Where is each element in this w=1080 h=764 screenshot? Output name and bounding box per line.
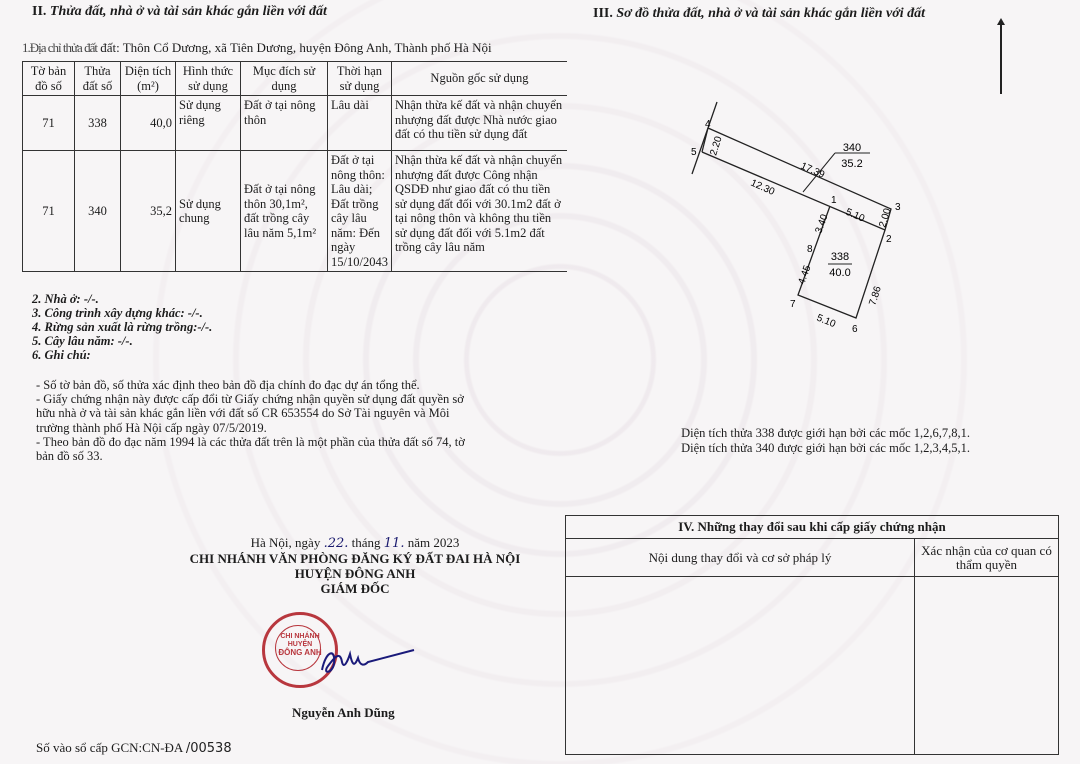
date-month-label: tháng [352,535,381,550]
issuing-org: CHI NHÁNH VĂN PHÒNG ĐĂNG KÝ ĐẤT ĐAI HÀ N… [170,551,540,566]
cell-parcel: 338 [75,96,121,151]
edge-length: 7.86 [867,285,884,307]
header-origin: Nguồn gốc sử dụng [391,62,567,96]
issuing-district: HUYỆN ĐÔNG ANH [170,566,540,581]
section-2-title: II. Thửa đất, nhà ở và tài sản khác gắn … [32,4,327,20]
point-label: 4 [705,119,711,130]
section-3-title-text: Sơ đồ thửa đất, nhà ở và tài sản khác gắ… [616,6,925,21]
point-label: 5 [691,147,697,158]
section-3-title: III. Sơ đồ thửa đất, nhà ở và tài sản kh… [593,6,925,22]
diagram-area-notes: Diện tích thửa 338 được giới hạn bởi các… [680,426,970,455]
address-label: 1.Địa chỉ thửa đất [22,40,97,55]
notes-list: - Số tờ bản đồ, số thửa xác định theo bả… [36,378,476,463]
cell-term: Lâu dài [328,96,392,151]
cell-purpose: Đất ở tại nông thôn 30,1m², đất trồng câ… [241,151,328,272]
item-perennial-trees: 5. Cây lâu năm: -/-. [32,334,212,348]
point-label: 6 [852,324,858,335]
point-label: 1 [831,195,837,206]
address-line: 1.Địa chỉ thửa đất đất: Thôn Cổ Dương, x… [22,40,492,56]
change-content-cell [566,577,915,755]
item-notes-label: 6. Ghi chú: [32,348,212,362]
item-forest: 4. Rừng sản xuất là rừng trồng:-/-. [32,320,212,334]
edge-length: 5.10 [815,313,838,331]
date-prefix: Hà Nội, ngày [251,535,321,550]
authority-confirmation-cell [915,577,1059,755]
registry-label: Số vào sổ cấp GCN:CN-ĐA [36,740,183,755]
header-purpose: Mục đích sử dụng [241,62,328,96]
item-other-construction: 3. Công trình xây dựng khác: -/-. [32,306,212,320]
cell-use-form: Sử dụng chung [176,151,241,272]
cell-area: 40,0 [121,96,176,151]
point-label: 8 [807,244,813,255]
cell-map-sheet: 71 [23,96,75,151]
parcel-338-area: 40.0 [829,267,850,279]
note-item: - Theo bản đồ đo đạc năm 1994 là các thử… [36,435,476,463]
edge-length: 5.10 [844,207,867,225]
cell-parcel: 340 [75,151,121,272]
edge-length: 2.20 [708,135,724,157]
cell-term: Đất ở tại nông thôn: Lâu dài; Đất trồng … [328,151,392,272]
cell-origin: Nhận thừa kế đất và nhận chuyển nhượng đ… [391,151,567,272]
signer-position: GIÁM ĐỐC [170,581,540,596]
cell-origin: Nhận thừa kế đất và nhận chuyển nhượng đ… [391,96,567,151]
parcel-diagram: 340 35.2 338 40.0 1 2 3 4 5 6 7 8 17.39 … [680,100,930,350]
cell-area: 35,2 [121,151,176,272]
note-item: - Giấy chứng nhận này được cấp đổi từ Gi… [36,392,476,435]
cell-map-sheet: 71 [23,151,75,272]
edge-length: 4.45 [796,264,813,286]
registry-value: /00538 [186,741,232,756]
point-label: 7 [790,299,796,310]
area-note: Diện tích thửa 340 được giới hạn bởi các… [680,441,970,456]
land-parcel-table: Tờ bản đồ số Thửa đất số Diện tích (m²) … [22,61,567,272]
registry-number: Số vào sổ cấp GCN:CN-ĐA /00538 [36,740,232,756]
changes-header-row: Nội dung thay đổi và cơ sở pháp lý Xác n… [566,539,1059,577]
asset-items: 2. Nhà ở: -/-. 3. Công trình xây dựng kh… [32,292,212,362]
section-2-roman: II. [32,4,46,19]
parcel-340-area: 35.2 [841,158,862,170]
edge-length: 2.00 [877,207,893,229]
section-4-title: IV. Những thay đổi sau khi cấp giấy chứn… [566,516,1059,539]
table-header-row: Tờ bản đồ số Thửa đất số Diện tích (m²) … [23,62,568,96]
parcel-340-id: 340 [843,142,861,154]
address-value: Thôn Cổ Dương, xã Tiên Dương, huyện Đông… [123,40,492,55]
header-area: Diện tích (m²) [121,62,176,96]
header-parcel: Thửa đất số [75,62,121,96]
item-house: 2. Nhà ở: -/-. [32,292,212,306]
address-label-suffix: đất: [100,40,120,55]
changes-title-row: IV. Những thay đổi sau khi cấp giấy chứn… [566,516,1059,539]
table-row: 71 340 35,2 Sử dụng chung Đất ở tại nông… [23,151,568,272]
section-3-roman: III. [593,6,613,21]
header-change-content: Nội dung thay đổi và cơ sở pháp lý [566,539,915,577]
cell-use-form: Sử dụng riêng [176,96,241,151]
point-label: 3 [895,202,901,213]
edge-length: 12.30 [749,178,777,198]
header-term: Thời hạn sử dụng [328,62,392,96]
handwritten-signature [318,640,418,680]
changes-table: IV. Những thay đổi sau khi cấp giấy chứn… [565,515,1059,755]
parcel-338-id: 338 [831,251,849,263]
header-authority-confirmation: Xác nhận của cơ quan có thẩm quyền [915,539,1059,577]
north-arrow-icon [1000,22,1002,94]
area-note: Diện tích thửa 338 được giới hạn bởi các… [680,426,970,441]
edge-length: 3.40 [813,213,830,235]
header-map-sheet: Tờ bản đồ số [23,62,75,96]
table-row: 71 338 40,0 Sử dụng riêng Đất ở tại nông… [23,96,568,151]
changes-body-row [566,577,1059,755]
date-month: 11. [384,536,405,551]
cell-purpose: Đất ở tại nông thôn [241,96,328,151]
section-2-title-text: Thửa đất, nhà ở và tài sản khác gắn liền… [50,4,327,19]
date-day: .22. [324,536,349,551]
date-year: năm 2023 [408,535,460,550]
point-label: 2 [886,234,892,245]
edge-length: 17.39 [799,161,827,181]
header-use-form: Hình thức sử dụng [176,62,241,96]
issue-date: Hà Nội, ngày .22. tháng 11. năm 2023 [170,535,540,551]
signer-name: Nguyễn Anh Dũng [292,705,395,721]
signature-block: Hà Nội, ngày .22. tháng 11. năm 2023 CHI… [170,535,540,596]
note-item: - Số tờ bản đồ, số thửa xác định theo bả… [36,378,476,392]
